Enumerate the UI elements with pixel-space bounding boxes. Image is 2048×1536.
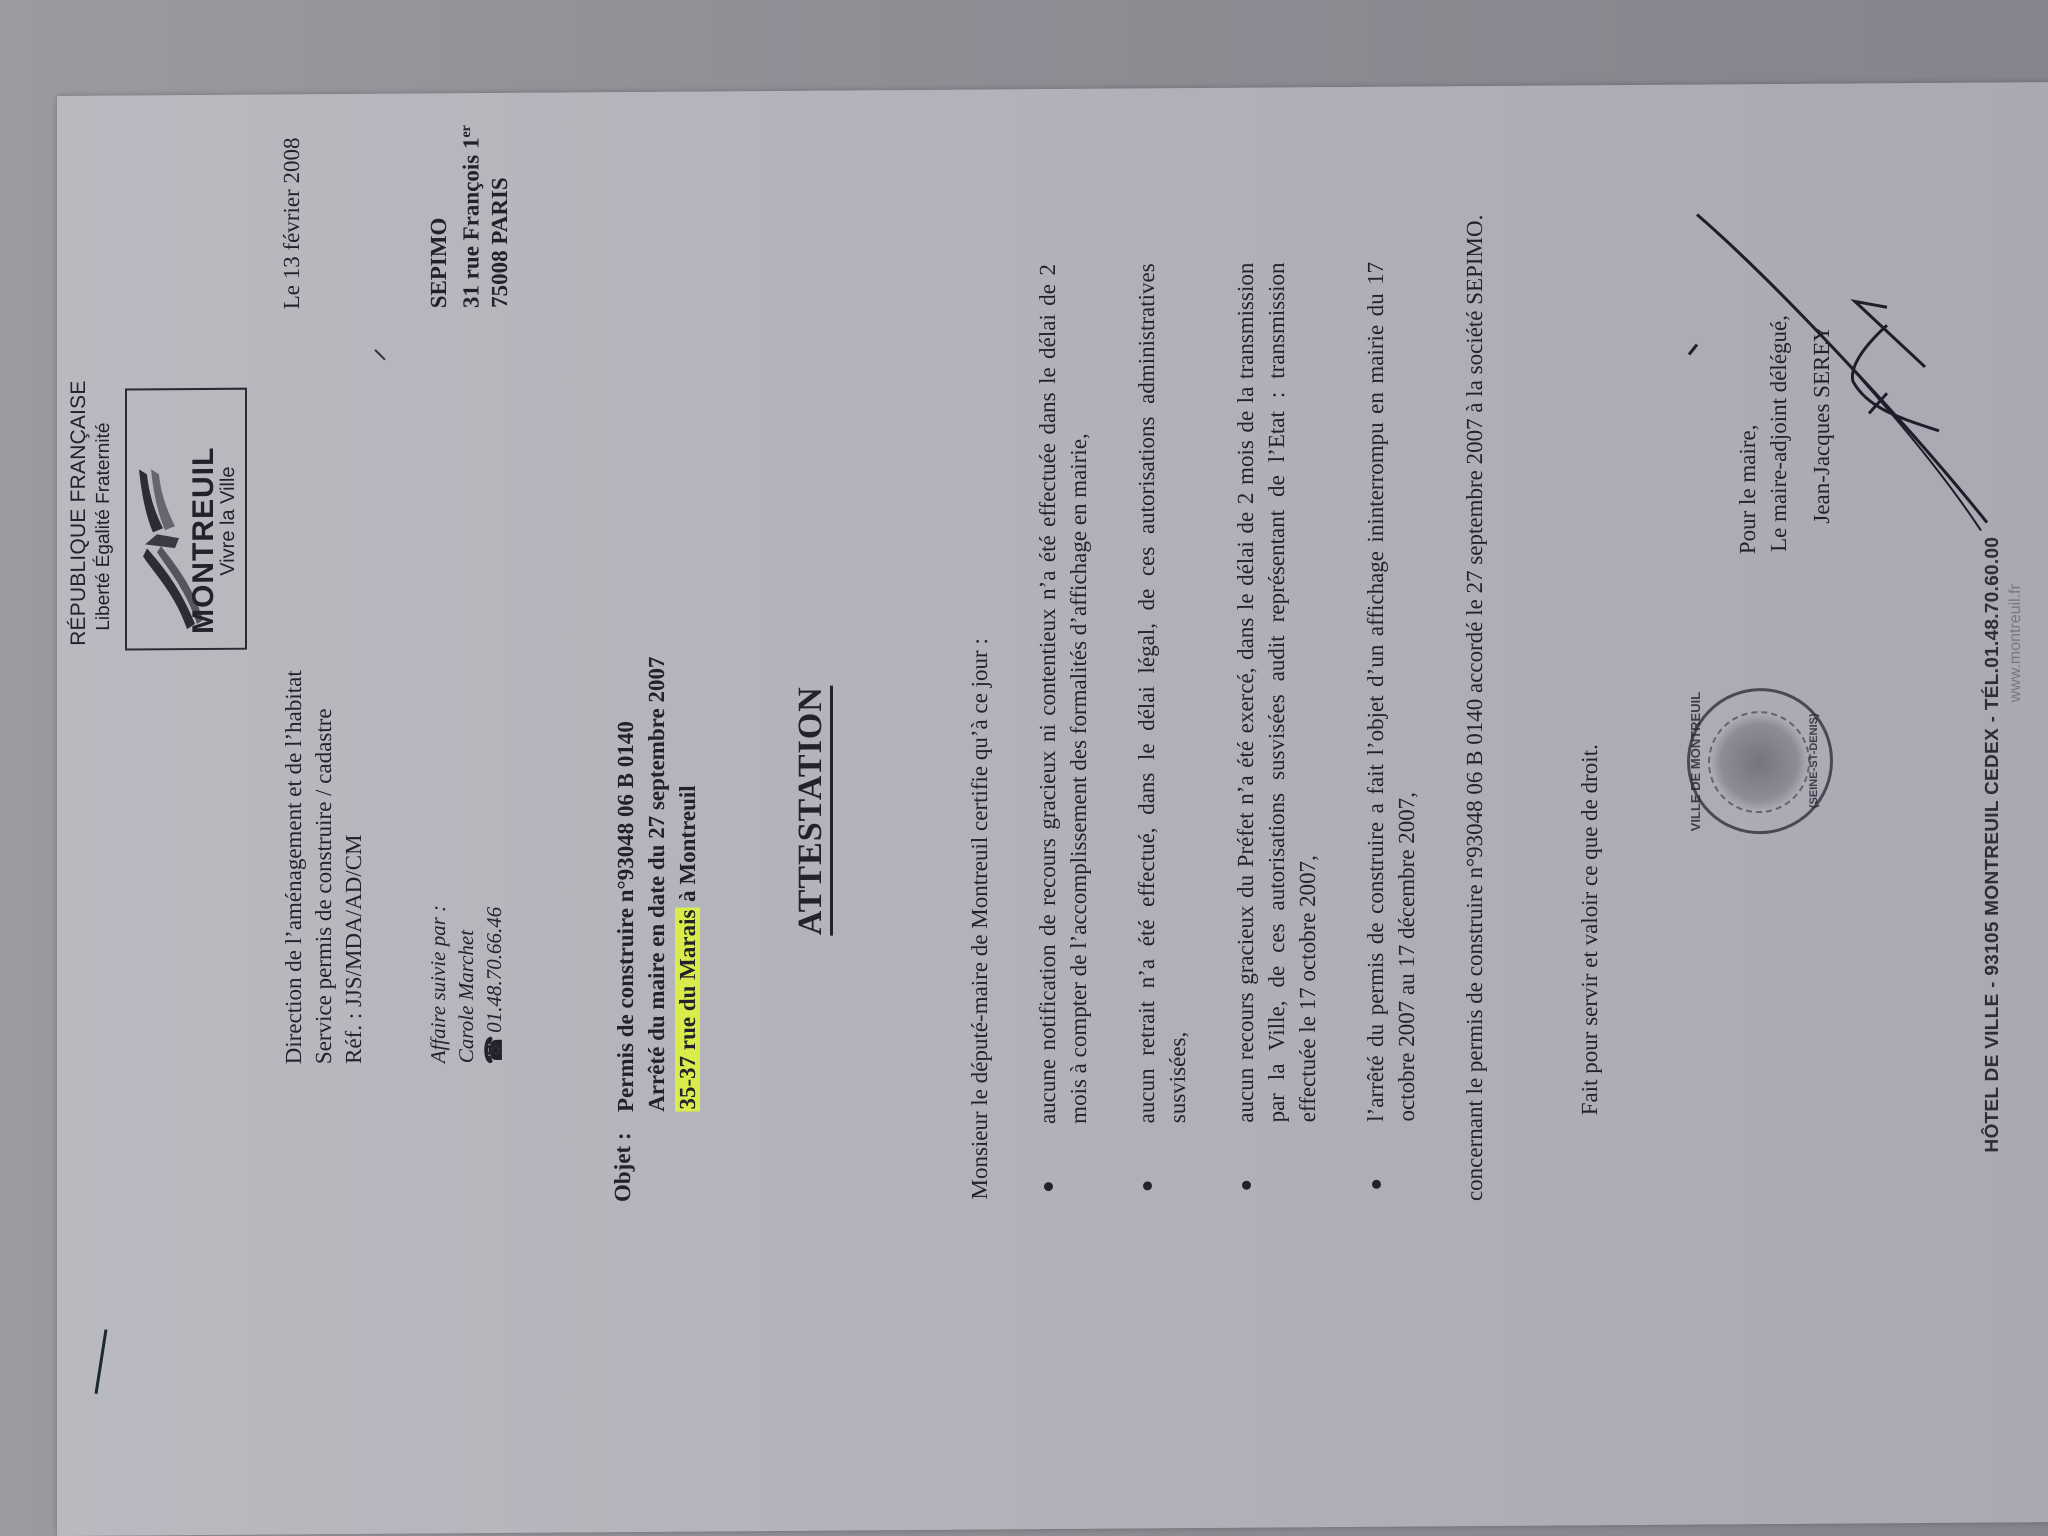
concernant-paragraph: concernant le permis de construire n°930… — [1462, 215, 1488, 1202]
recipient-street-suffix: er — [459, 125, 474, 138]
objet-block: Permis de construire n°93048 06 B 0140 A… — [610, 656, 703, 1112]
list-item: aucune notification de recours gracieux … — [1032, 264, 1094, 1194]
stamp-emblem-icon — [1708, 711, 1810, 814]
recipient-address: SEPIMO 31 rue François 1er 75008 PARIS — [425, 125, 514, 309]
stamp-top-text: VILLE DE MONTREUIL — [1688, 692, 1703, 832]
direction-label: Direction de l’aménagement et de l’habit… — [279, 670, 309, 1064]
certification-list: aucune notification de recours gracieux … — [1032, 261, 1459, 1194]
montreuil-logo: MONTREUIL Vivre la Ville — [125, 388, 247, 651]
document-title: ATTESTATION — [792, 91, 830, 1531]
list-item: aucun recours gracieux du Préfet n’a été… — [1230, 262, 1323, 1193]
recipient-street: 31 rue François 1er — [453, 125, 486, 308]
followed-by-name: Carole Marchet — [452, 905, 480, 1064]
telephone-icon: ☎ — [479, 1035, 510, 1064]
recipient-name: SEPIMO — [425, 125, 453, 308]
recipient-street-text: 31 rue François 1 — [459, 137, 484, 308]
document-title-text: ATTESTATION — [792, 686, 833, 935]
letter-date: Le 13 février 2008 — [279, 137, 305, 309]
intro-paragraph: Monsieur le député-maire de Montreuil ce… — [967, 638, 993, 1200]
objet-line-1: Permis de construire n°93048 06 B 0140 — [610, 657, 641, 1112]
followed-by-block: Affaire suivie par : Carole Marchet ☎01.… — [424, 904, 508, 1063]
objet-line-3-rest: à Montreuil — [675, 785, 700, 907]
logo-tagline: Vivre la Ville — [217, 466, 240, 575]
devise-label: Liberté Égalité Fraternité — [93, 423, 115, 631]
stamp-bottom-text: (SEINE-ST-DENIS) — [1808, 691, 1820, 831]
republique-francaise-label: RÉPUBLIQUE FRANÇAISE — [67, 380, 91, 646]
closing-formula: Fait pour servir et valoir ce que de dro… — [1577, 744, 1603, 1115]
highlighted-address: 35-37 rue du Marais — [675, 908, 700, 1112]
logo-name: MONTREUIL — [187, 447, 221, 635]
objet-label: Objet : — [610, 1132, 636, 1202]
list-item: aucun retrait n’a été effectué, dans le … — [1131, 263, 1193, 1193]
recipient-city: 75008 PARIS — [486, 125, 514, 308]
page-footer-website: www.montreuil.fr — [2007, 584, 2025, 702]
followed-by-label: Affaire suivie par : — [424, 905, 452, 1064]
list-item: l’arrêté du permis de construire a fait … — [1360, 261, 1422, 1191]
phone-line: ☎01.48.70.66.46 — [480, 904, 508, 1063]
reference-label: Réf. : JJS/MDA/AD/CM — [339, 670, 369, 1064]
handwritten-signature-icon — [1677, 162, 1997, 644]
objet-line-2: Arrêté du maire en date du 27 septembre … — [641, 656, 672, 1111]
phone-number: 01.48.70.66.46 — [482, 907, 506, 1033]
service-label: Service permis de construire / cadastre — [309, 670, 339, 1064]
sender-block: Direction de l’aménagement et de l’habit… — [279, 670, 369, 1065]
page-footer: HÔTEL DE VILLE - 93105 MONTREUIL CEDEX -… — [1982, 537, 2004, 1153]
official-stamp: VILLE DE MONTREUIL (SEINE-ST-DENIS) — [1687, 688, 1833, 835]
objet-line-3: 35-37 rue du Marais à Montreuil — [672, 656, 703, 1111]
pen-mark-icon — [92, 1326, 112, 1396]
document-page: RÉPUBLIQUE FRANÇAISE Liberté Égalité Fra… — [57, 82, 2048, 1536]
ink-speck-icon — [371, 344, 391, 364]
